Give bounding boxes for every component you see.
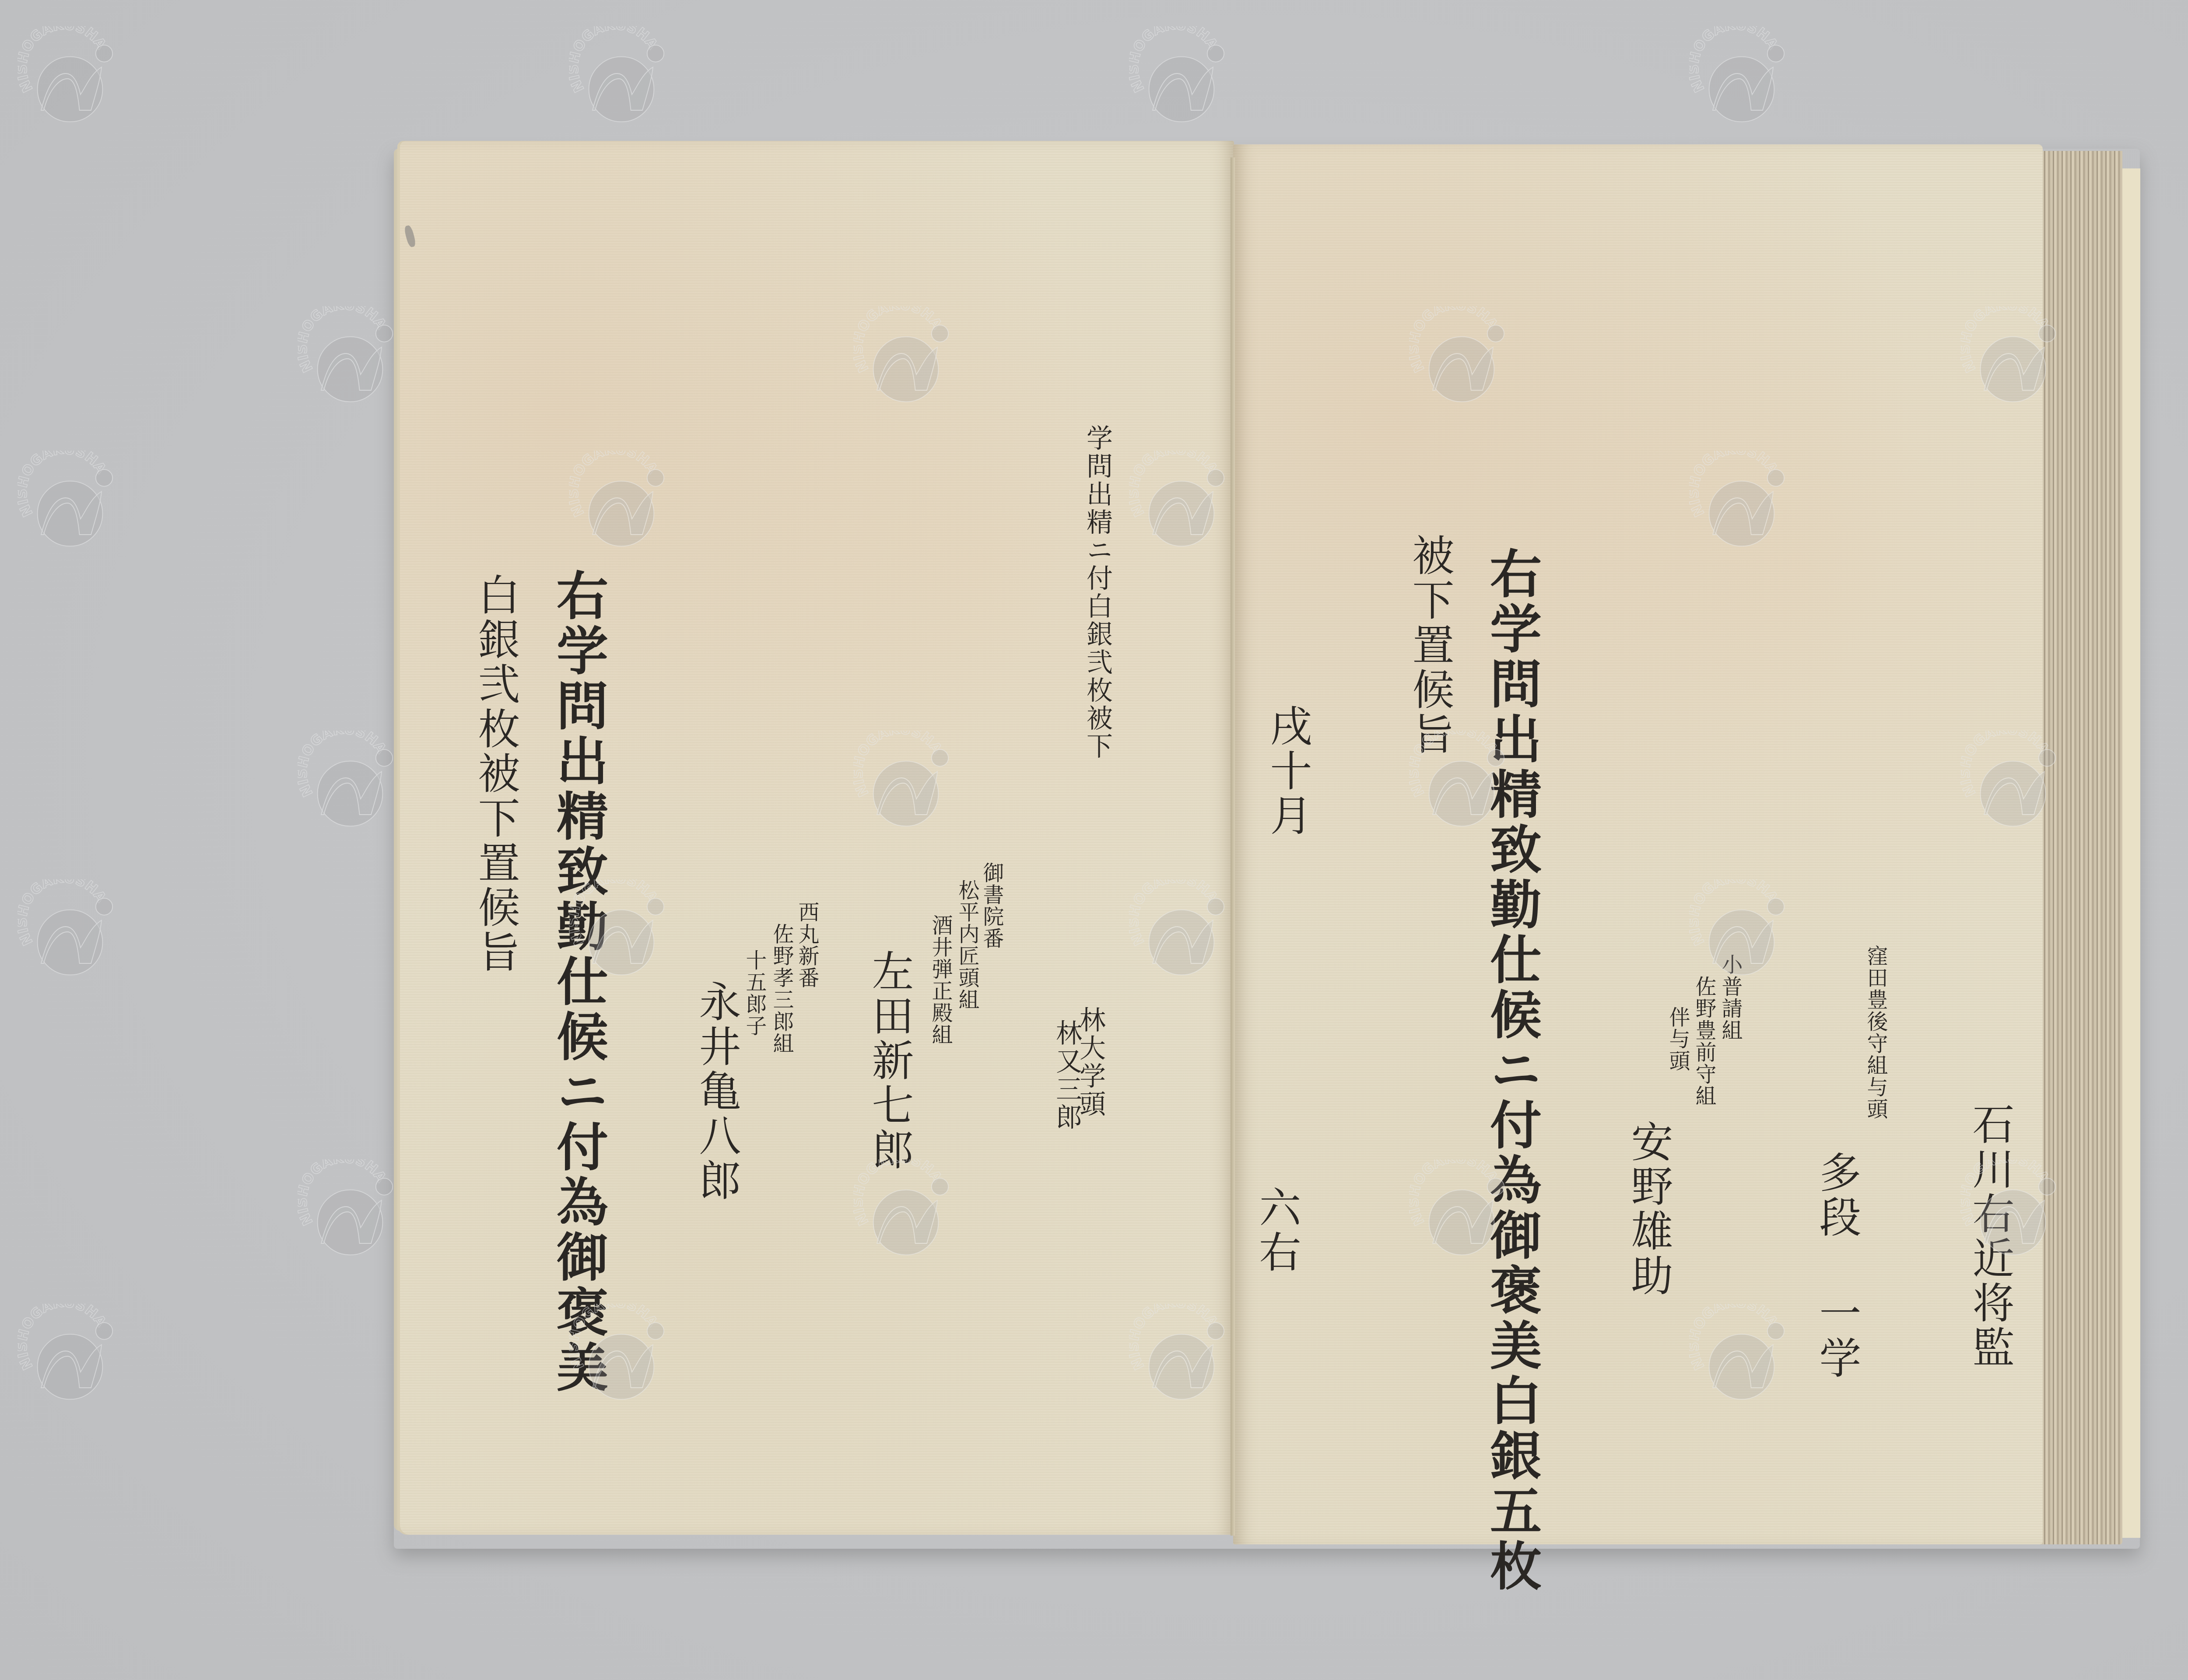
text-column: 御書院番 (981, 862, 1002, 949)
right-page (1233, 144, 2043, 1544)
text-column: 戌十月 (1267, 704, 1309, 838)
book-gutter (1231, 157, 1235, 1536)
text-column: 永井亀八郎 (696, 980, 738, 1203)
text-column: 石川右近将監 (1969, 1102, 2011, 1370)
text-column: 佐野孝三郎組 (771, 923, 792, 1054)
text-column: 西丸新番 (796, 901, 817, 989)
text-column: 酒井弾正殿組 (930, 914, 951, 1046)
text-column: 安野雄助 (1628, 1120, 1670, 1298)
text-column: 白銀弐枚被下置候旨 (475, 573, 517, 975)
text-column: 伴与頭 (1667, 1006, 1688, 1072)
text-column: 佐野豊前守組 (1694, 976, 1715, 1107)
text-column: 学問出精ニ付白銀弐枚被下 (1084, 424, 1111, 760)
text-column: 窪田豊後守組与頭 (1865, 945, 1886, 1120)
text-column: 松平内匠頭組 (957, 879, 978, 1011)
text-column: 小普請組 (1720, 954, 1741, 1041)
text-column: 林又三郎 (1054, 1019, 1080, 1131)
text-column: 多段 一学 (1816, 1151, 1858, 1381)
text-column: 六右 (1256, 1186, 1298, 1275)
text-column: 左田新七郎 (869, 949, 911, 1172)
text-column: 十五郎子 (744, 949, 765, 1037)
open-book: 石川右近将監 窪田豊後守組与頭 多段 一学 小普請組 佐野豊前守組 伴与頭 安野… (0, 0, 2188, 1680)
text-column: 右学問出精致勤仕候ニ付為御褒美 (552, 569, 604, 1396)
text-column: 被下置候旨 (1409, 534, 1451, 757)
left-page (397, 141, 1234, 1535)
page-block-edges (2030, 151, 2122, 1544)
text-column: 右学問出精致勤仕候ニ付為御褒美白銀五枚 (1486, 547, 1537, 1594)
